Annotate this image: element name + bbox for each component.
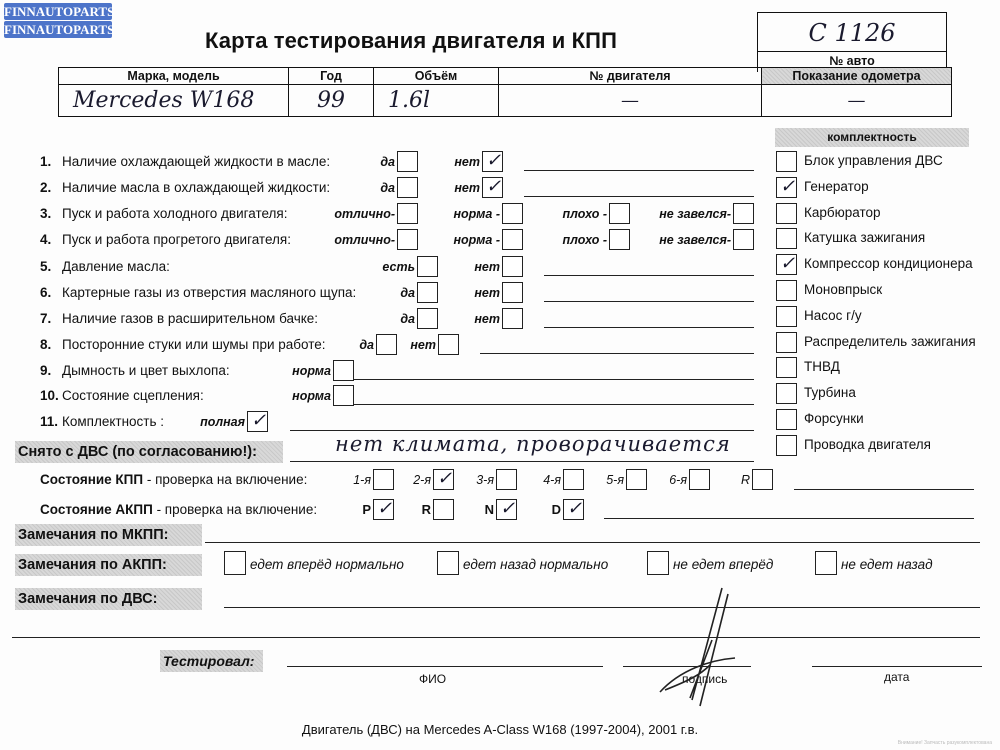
option-label: нет	[470, 283, 500, 303]
option-label: отлично-	[330, 230, 395, 250]
col-engine-number: № двигателя	[499, 68, 762, 85]
completeness-label: Катушка зажигания	[804, 230, 925, 245]
item-number: 8.	[40, 335, 62, 355]
item-label: Состояние сцепления:	[62, 388, 204, 403]
comment-line[interactable]	[544, 327, 754, 328]
col-year: Год	[289, 68, 374, 85]
car-number-value: C 1126	[758, 19, 946, 47]
option-label: нет	[407, 335, 436, 355]
watermark-logo: FINNAUTOPARTS	[4, 21, 112, 38]
completeness-label: Форсунки	[804, 411, 864, 426]
gear-label: P	[343, 500, 371, 520]
option-checkbox[interactable]	[397, 229, 418, 250]
item-number: 2.	[40, 178, 62, 198]
comment-line[interactable]	[524, 196, 754, 197]
akpp-label-bold: Состояние АКПП	[40, 502, 153, 517]
akpp-remark-checkbox[interactable]	[815, 551, 837, 575]
completeness-label: Блок управления ДВС	[804, 153, 943, 168]
option-checkbox[interactable]: ✓	[482, 177, 503, 198]
option-label: норма -	[450, 230, 500, 250]
image-caption: Двигатель (ДВС) на Mercedes A-Class W168…	[0, 722, 1000, 737]
completeness-checkbox[interactable]	[776, 203, 797, 224]
removed-line	[290, 461, 754, 462]
item-label: Пуск и работа прогретого двигателя:	[62, 232, 291, 247]
item-number: 1.	[40, 152, 62, 172]
check-mark-icon: ✓	[251, 412, 266, 430]
option-label: отлично-	[330, 204, 395, 224]
check-mark-icon: ✓	[437, 470, 452, 488]
fio-line[interactable]	[287, 666, 603, 667]
option-checkbox[interactable]	[333, 360, 354, 381]
option-checkbox[interactable]	[502, 308, 523, 329]
make-model-value: Mercedes W168	[59, 85, 289, 117]
check-mark-icon: ✓	[780, 255, 795, 273]
option-checkbox[interactable]	[609, 203, 630, 224]
comment-line[interactable]	[524, 170, 754, 171]
check-mark-icon: ✓	[780, 178, 795, 196]
akpp-label: Состояние АКПП - проверка на включение:	[40, 500, 317, 520]
item-label: Наличие масла в охлаждающей жидкости:	[62, 180, 330, 195]
akpp-remark-label: не едет назад	[841, 557, 933, 572]
footer-note: Внимание! Запчасть разукомплектована	[898, 740, 992, 746]
gear-checkbox[interactable]	[752, 469, 773, 490]
col-volume: Объём	[374, 68, 499, 85]
option-label: нет	[470, 309, 500, 329]
option-checkbox[interactable]	[333, 385, 354, 406]
option-checkbox[interactable]	[397, 203, 418, 224]
item-label: Наличие охлаждающей жидкости в масле:	[62, 154, 330, 169]
item-label: Давление масла:	[62, 259, 170, 274]
item-number: 9.	[40, 361, 62, 381]
gear-label: 5-я	[596, 470, 624, 490]
option-checkbox[interactable]	[502, 256, 523, 277]
completeness-label: Распределитель зажигания	[804, 334, 976, 349]
akpp-label-rest: - проверка на включение:	[153, 502, 317, 517]
option-label: да	[330, 178, 395, 198]
option-label: норма	[288, 386, 331, 406]
completeness-checkbox[interactable]	[776, 280, 797, 301]
item-label: Посторонние стуки или шумы при работе:	[62, 337, 326, 352]
gear-checkbox[interactable]	[373, 469, 394, 490]
completeness-label: Насос г/у	[804, 308, 862, 323]
option-label: да	[398, 283, 415, 303]
gear-checkbox[interactable]	[563, 469, 584, 490]
option-label: не завелся-	[655, 204, 731, 224]
remarks-mkpp-line[interactable]	[205, 542, 980, 543]
option-checkbox[interactable]	[417, 282, 438, 303]
completeness-label: Карбюратор	[804, 205, 881, 220]
completeness-checkbox[interactable]	[776, 383, 797, 404]
akpp-remark-label: едет вперёд нормально	[250, 557, 404, 572]
option-label: норма -	[450, 204, 500, 224]
item-number: 4.	[40, 230, 62, 250]
completeness-label: Моновпрыск	[804, 282, 882, 297]
col-make-model: Марка, модель	[59, 68, 289, 85]
fio-label: ФИО	[419, 672, 446, 686]
completeness-label: Генератор	[804, 179, 869, 194]
remarks-dvs-label: Замечания по ДВС:	[15, 588, 202, 610]
checklist-item: 7.Наличие газов в расширительном бачке:	[40, 309, 318, 329]
date-line[interactable]	[812, 666, 982, 667]
item-label: Комплектность :	[62, 414, 164, 429]
volume-value: 1.6l	[374, 85, 499, 117]
gear-checkbox[interactable]	[689, 469, 710, 490]
gear-label: 1-я	[343, 470, 371, 490]
odometer-value: —	[762, 85, 952, 117]
option-label: есть	[380, 257, 415, 277]
completeness-label: Турбина	[804, 385, 856, 400]
gear-label: R	[403, 500, 431, 520]
gear-checkbox[interactable]: ✓	[496, 499, 517, 520]
kpp-label-rest: - проверка на включение:	[143, 472, 307, 487]
year-value: 99	[289, 85, 374, 117]
gear-checkbox[interactable]: ✓	[563, 499, 584, 520]
remarks-extra-line[interactable]	[12, 637, 980, 638]
kpp-label-bold: Состояние КПП	[40, 472, 143, 487]
option-label: нет	[450, 178, 480, 198]
option-checkbox[interactable]: ✓	[247, 411, 268, 432]
akpp-line	[604, 518, 974, 519]
option-checkbox[interactable]	[502, 282, 523, 303]
option-checkbox[interactable]	[397, 151, 418, 172]
gear-checkbox[interactable]	[496, 469, 517, 490]
checklist-item: 11.Комплектность :	[40, 412, 164, 432]
check-mark-icon: ✓	[500, 500, 515, 518]
comment-line[interactable]	[480, 353, 754, 354]
akpp-remark-checkbox[interactable]	[647, 551, 669, 575]
item-label: Пуск и работа холодного двигателя:	[62, 206, 288, 221]
item-number: 3.	[40, 204, 62, 224]
option-checkbox[interactable]	[609, 229, 630, 250]
item-number: 10.	[40, 386, 62, 406]
gear-checkbox[interactable]: ✓	[373, 499, 394, 520]
item-number: 11.	[40, 412, 62, 432]
completeness-checkbox[interactable]	[776, 435, 797, 456]
comment-line[interactable]	[290, 430, 754, 431]
completeness-checkbox[interactable]: ✓	[776, 254, 797, 275]
check-mark-icon: ✓	[486, 152, 501, 170]
engine-number-value: —	[499, 85, 762, 117]
gear-label: 2-я	[403, 470, 431, 490]
signature-scribble	[640, 580, 750, 710]
checklist-item: 6.Картерные газы из отверстия масляного …	[40, 283, 356, 303]
option-label: нет	[450, 152, 480, 172]
akpp-remark-checkbox[interactable]	[224, 551, 246, 575]
vehicle-info-table: Марка, модель Год Объём № двигателя Пока…	[58, 67, 952, 117]
akpp-remark-label: едет назад нормально	[463, 557, 608, 572]
kpp-label: Состояние КПП - проверка на включение:	[40, 470, 307, 490]
completeness-label: ТНВД	[804, 359, 840, 374]
gear-label: 3-я	[466, 470, 494, 490]
completeness-checkbox[interactable]	[776, 306, 797, 327]
checklist-item: 3.Пуск и работа холодного двигателя:	[40, 204, 288, 224]
item-number: 7.	[40, 309, 62, 329]
completeness-header: комплектность	[775, 128, 969, 147]
check-mark-icon: ✓	[377, 500, 392, 518]
option-checkbox[interactable]	[733, 229, 754, 250]
item-label: Наличие газов в расширительном бачке:	[62, 311, 318, 326]
checklist-item: 4.Пуск и работа прогретого двигателя:	[40, 230, 291, 250]
gear-checkbox[interactable]: ✓	[433, 469, 454, 490]
option-checkbox[interactable]	[733, 203, 754, 224]
removed-value: нет климата, проворачивается	[335, 432, 731, 456]
kpp-line	[794, 489, 974, 490]
option-label: не завелся-	[655, 230, 731, 250]
option-checkbox[interactable]	[417, 308, 438, 329]
option-checkbox[interactable]	[376, 334, 397, 355]
completeness-checkbox[interactable]	[776, 332, 797, 353]
gear-label: N	[466, 500, 494, 520]
checklist-item: 10.Состояние сцепления:	[40, 386, 204, 406]
option-label: плохо -	[557, 204, 607, 224]
option-checkbox[interactable]	[397, 177, 418, 198]
completeness-checkbox[interactable]	[776, 409, 797, 430]
remarks-dvs-line[interactable]	[224, 607, 980, 608]
akpp-remark-checkbox[interactable]	[437, 551, 459, 575]
check-mark-icon: ✓	[567, 500, 582, 518]
tested-by-label: Тестировал:	[160, 650, 263, 672]
form-title: Карта тестирования двигателя и КПП	[205, 28, 617, 54]
option-checkbox[interactable]	[438, 334, 459, 355]
checklist-item: 8.Посторонние стуки или шумы при работе:	[40, 335, 326, 355]
date-label: дата	[884, 670, 909, 684]
item-number: 6.	[40, 283, 62, 303]
completeness-label: Проводка двигателя	[804, 437, 931, 452]
option-label: да	[356, 335, 374, 355]
gear-label: 4-я	[533, 470, 561, 490]
comment-line[interactable]	[544, 275, 754, 276]
item-label: Дымность и цвет выхлопа:	[62, 363, 230, 378]
col-odometer: Показание одометра	[762, 68, 952, 85]
option-label: полная	[200, 412, 245, 432]
completeness-checkbox[interactable]	[776, 151, 797, 172]
comment-line[interactable]	[354, 379, 754, 380]
completeness-label: Компрессор кондиционера	[804, 256, 973, 271]
option-label: норма	[288, 361, 331, 381]
checklist-item: 1.Наличие охлаждающей жидкости в масле:	[40, 152, 330, 172]
option-checkbox[interactable]	[502, 203, 523, 224]
completeness-checkbox[interactable]: ✓	[776, 177, 797, 198]
checklist-item: 9.Дымность и цвет выхлопа:	[40, 361, 230, 381]
option-label: да	[398, 309, 415, 329]
checklist-item: 5.Давление масла:	[40, 257, 170, 277]
remarks-akpp-label: Замечания по АКПП:	[15, 554, 202, 576]
comment-line[interactable]	[544, 301, 754, 302]
remarks-mkpp-label: Замечания по МКПП:	[15, 524, 202, 546]
akpp-remark-label: не едет вперёд	[673, 557, 773, 572]
removed-label: Снято с ДВС (по согласованию!):	[15, 441, 283, 463]
option-label: да	[330, 152, 395, 172]
gear-label: R	[722, 470, 750, 490]
completeness-checkbox[interactable]	[776, 228, 797, 249]
gear-checkbox[interactable]	[433, 499, 454, 520]
option-label: плохо -	[557, 230, 607, 250]
watermark-logo: FINNAUTOPARTS	[4, 3, 112, 20]
item-label: Картерные газы из отверстия масляного щу…	[62, 285, 356, 300]
option-checkbox[interactable]: ✓	[482, 151, 503, 172]
gear-checkbox[interactable]	[626, 469, 647, 490]
gear-label: 6-я	[659, 470, 687, 490]
comment-line[interactable]	[354, 404, 754, 405]
completeness-checkbox[interactable]	[776, 357, 797, 378]
gear-label: D	[533, 500, 561, 520]
option-checkbox[interactable]	[417, 256, 438, 277]
option-label: нет	[470, 257, 500, 277]
item-number: 5.	[40, 257, 62, 277]
car-number-box: C 1126 № авто	[757, 12, 947, 72]
option-checkbox[interactable]	[502, 229, 523, 250]
check-mark-icon: ✓	[486, 178, 501, 196]
checklist-item: 2.Наличие масла в охлаждающей жидкости:	[40, 178, 330, 198]
